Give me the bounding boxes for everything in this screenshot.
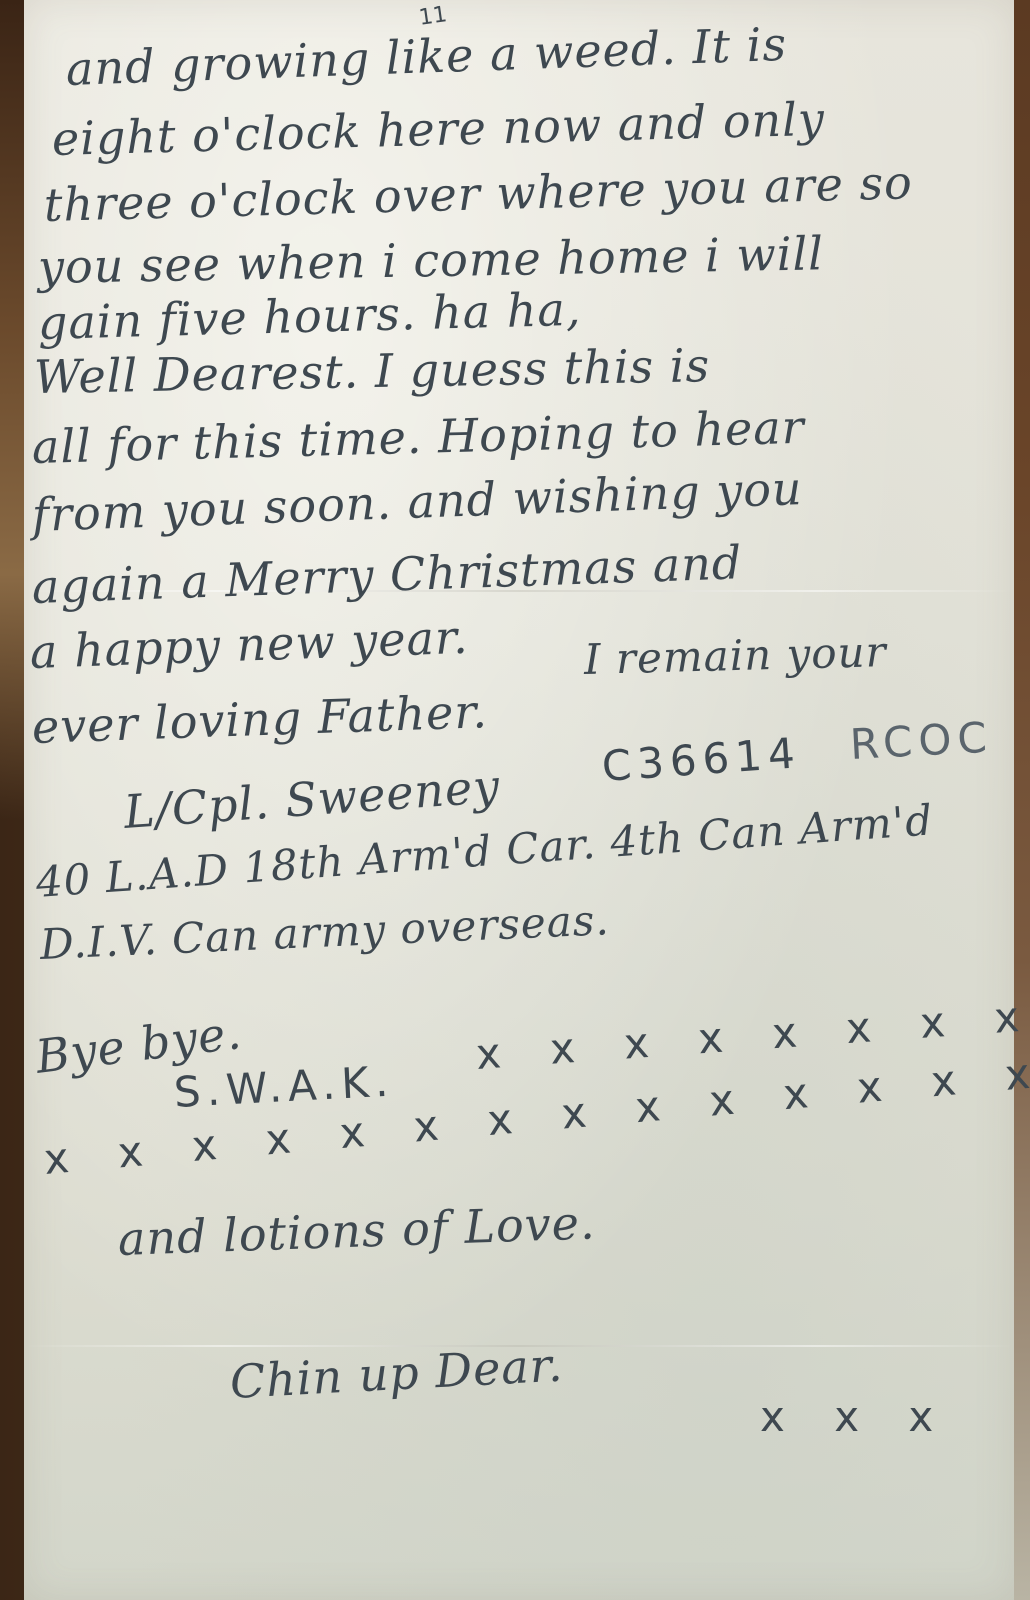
closing-line-2: ever loving Father. — [31, 684, 489, 754]
body-line-9: again a Merry Christmas and — [31, 535, 743, 614]
address-line-2: D.I.V. Can army overseas. — [39, 895, 611, 969]
body-line-7: all for this time. Hoping to hear — [31, 400, 805, 474]
signature-rank-name: L/Cpl. Sweeney — [122, 759, 502, 839]
body-line-6: Well Dearest. I guess this is — [34, 338, 711, 404]
service-number: C36614 — [600, 728, 802, 791]
letter-page: 11 and growing like a weed. It is eight … — [24, 0, 1014, 1600]
body-line-4: you see when i come home i will — [38, 226, 825, 294]
table-edge-right — [1012, 0, 1030, 1600]
love-line: and lotions of Love. — [117, 1195, 596, 1266]
postscript: Chin up Dear. — [229, 1338, 565, 1409]
body-line-8: from you soon. and wishing you — [31, 461, 803, 542]
final-kisses: x x x — [760, 1392, 951, 1441]
table-edge-left — [0, 0, 26, 820]
photo-background: 11 and growing like a weed. It is eight … — [0, 0, 1030, 1600]
unit-suffix: RCOC — [849, 713, 994, 769]
body-line-1: and growing like a weed. It is — [65, 17, 788, 96]
body-line-3: three o'clock over where you are so — [43, 155, 913, 232]
body-line-10: a happy new year. — [29, 610, 469, 679]
insertion-mark: 11 — [417, 2, 448, 31]
closing-phrase: I remain your — [583, 627, 887, 684]
body-line-2: eight o'clock here now and only — [51, 92, 825, 166]
